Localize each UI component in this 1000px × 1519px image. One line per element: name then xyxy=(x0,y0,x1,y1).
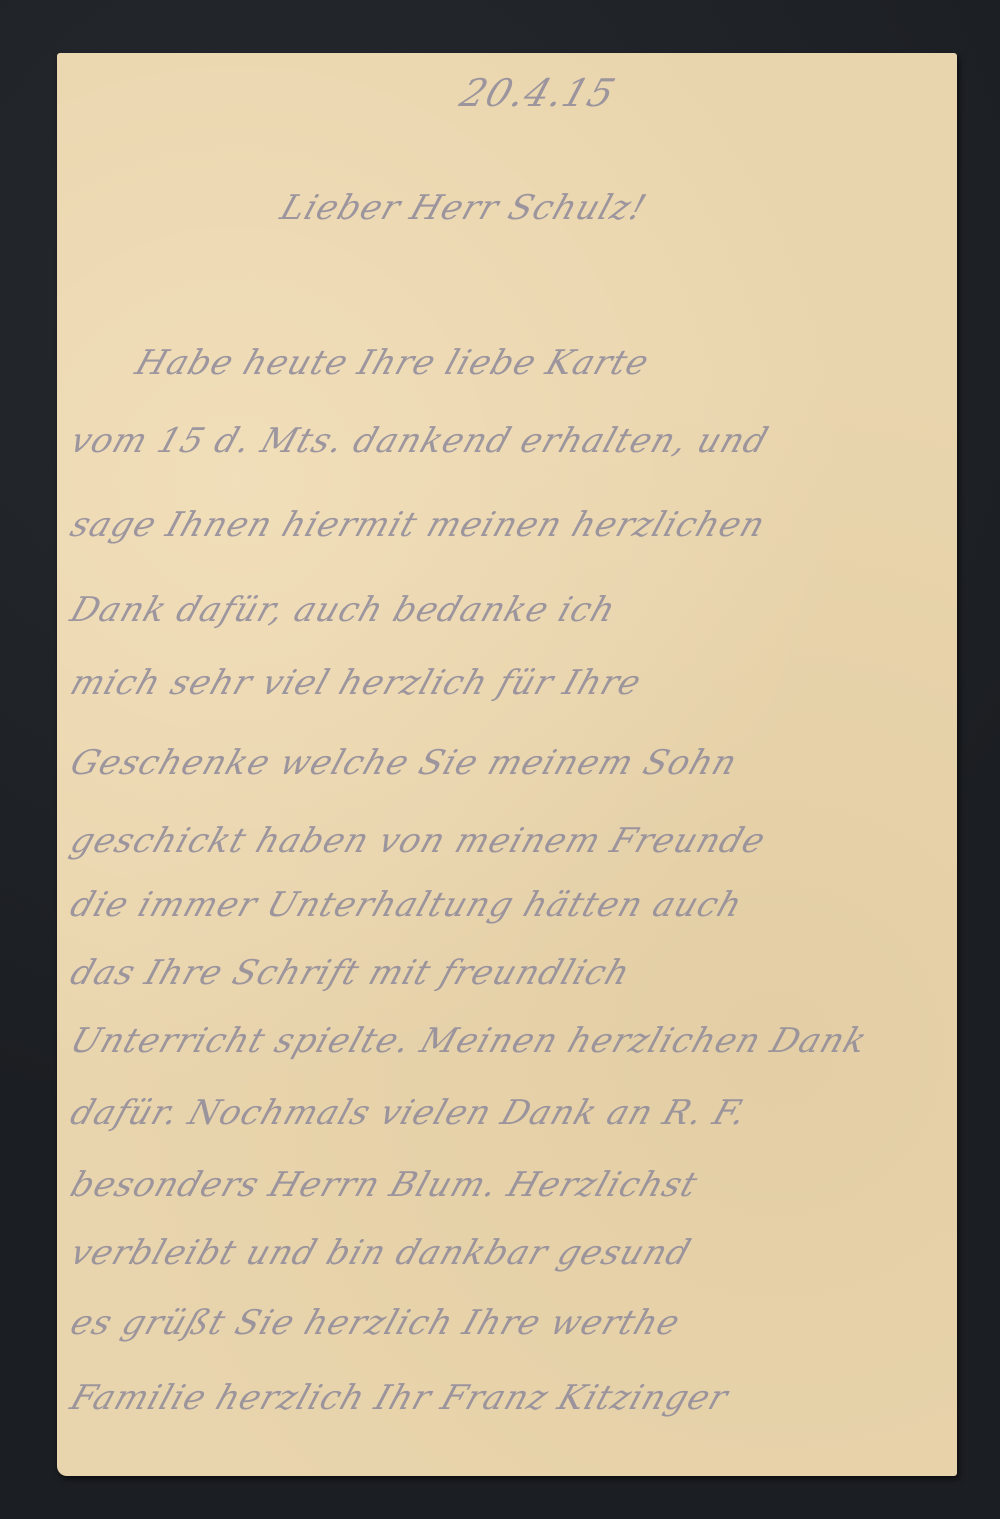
letter-line: Dank dafür, auch bedanke ich xyxy=(66,590,622,630)
letter-line: geschickt haben von meinem Freunde xyxy=(66,821,771,861)
salutation: Lieber Herr Schulz! xyxy=(276,188,652,228)
letter-line: das Ihre Schrift mit freundlich xyxy=(66,953,636,993)
letter-line: dafür. Nochmals vielen Dank an R. F. xyxy=(66,1093,752,1133)
letter-line: Unterricht spielte. Meinen herzlichen Da… xyxy=(66,1021,873,1061)
letter-line: Geschenke welche Sie meinem Sohn xyxy=(66,743,743,783)
letter-line: verbleibt und bin dankbar gesund xyxy=(66,1233,697,1273)
letter-line: die immer Unterhaltung hätten auch xyxy=(66,885,748,925)
letter-line: vom 15 d. Mts. dankend erhalten, und xyxy=(66,421,774,461)
letter-line: sage Ihnen hiermit meinen herzlichen xyxy=(66,505,771,545)
letter-line: besonders Herrn Blum. Herzlichst xyxy=(66,1165,703,1205)
letter-line: mich sehr viel herzlich für Ihre xyxy=(66,663,647,703)
date: 20.4.15 xyxy=(455,71,621,115)
letter-line: Habe heute Ihre liebe Karte xyxy=(131,343,655,383)
letter-line: Familie herzlich Ihr Franz Kitzinger xyxy=(66,1378,734,1418)
letter-line: es grüßt Sie herzlich Ihre werthe xyxy=(66,1303,686,1343)
postcard: 20.4.15 Lieber Herr Schulz! Habe heute I… xyxy=(57,53,957,1476)
